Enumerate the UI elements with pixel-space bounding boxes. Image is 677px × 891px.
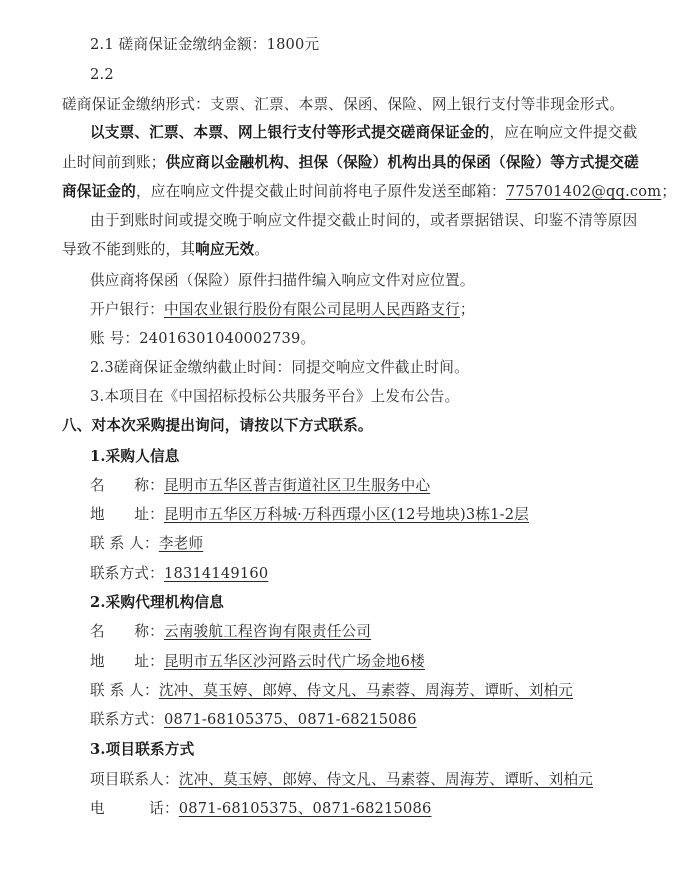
deposit-amount: 2.1 磋商保证金缴纳金额：1800元 [90,35,319,55]
deposit-form: 磋商保证金缴纳形式：支票、汇票、本票、保函、保险、网上银行支付等非现金形式。 [62,95,624,115]
bank-value: 中国农业银行股份有限公司昆明人民西路支行 [164,301,460,318]
agency-contact: 联 系 人：沈冲、莫玉婷、郎婷、侍文凡、马素蓉、周海芳、谭昕、刘柏元 [90,681,573,701]
account-line: 账 号：24016301040002739。 [90,329,315,349]
agency-phone: 联系方式：0871-68105375、0871-68215086 [90,710,417,730]
deposit-form-heading: 2.2 [90,65,114,85]
purchaser-address: 地 址：昆明市五华区万科城·万科西璟小区(12号地块)3栋1-2层 [90,505,529,525]
section8-title: 八、对本次采购提出询问，请按以下方式联系。 [62,416,373,436]
deposit-para1-line3: 商保证金的，应在响应文件提交截止时间前将电子原件发送至邮箱：775701402@… [62,182,676,202]
deposit-para2-line1: 由于到账时间或提交晚于响应文件提交截止时间的，或者票据错误、印鉴不清等原因 [90,211,637,231]
email-link[interactable]: 775701402@qq.com [506,183,661,200]
project-contact-heading: 3.项目联系方式 [90,740,194,760]
purchaser-phone: 联系方式：18314149160 [90,564,268,584]
deposit-para1-line1: 以支票、汇票、本票、网上银行支付等形式提交磋商保证金的，应在响应文件提交截 [90,123,637,143]
bold-text: 供应商以金融机构、担保（保险）机构出具的保函（保险）等方式提交磋 [166,154,639,171]
project-contact-phone: 电 话：0871-68105375、0871-68215086 [90,799,431,819]
publish-line: 3.本项目在《中国招标投标公共服务平台》上发布公告。 [90,387,459,407]
deadline-line: 2.3磋商保证金缴纳截止时间：同提交响应文件截止时间。 [90,358,469,378]
agency-name: 名 称：云南骏航工程咨询有限责任公司 [90,622,371,642]
bold-text: 以支票、汇票、本票、网上银行支付等形式提交磋商保证金的 [90,124,489,141]
project-contact-person: 项目联系人：沈冲、莫玉婷、郎婷、侍文凡、马素蓉、周海芳、谭昕、刘柏元 [90,770,593,790]
purchaser-contact: 联 系 人：李老师 [90,534,203,554]
deposit-para1-line2: 止时间前到账；供应商以金融机构、担保（保险）机构出具的保函（保险）等方式提交磋 [62,153,639,173]
scan-line: 供应商将保函（保险）原件扫描件编入响应文件对应位置。 [90,271,475,291]
purchaser-heading: 1.采购人信息 [90,447,180,467]
purchaser-name: 名 称：昆明市五华区普吉街道社区卫生服务中心 [90,476,430,496]
bank-line: 开户银行：中国农业银行股份有限公司昆明人民西路支行； [90,300,475,320]
bold-text: 响应无效 [195,241,254,258]
bold-text: 商保证金的 [62,183,136,200]
deposit-para2-line2: 导致不能到账的，其响应无效。 [62,240,269,260]
agency-address: 地 址：昆明市五华区沙河路云时代广场金地6楼 [90,652,425,672]
agency-heading: 2.采购代理机构信息 [90,593,224,613]
